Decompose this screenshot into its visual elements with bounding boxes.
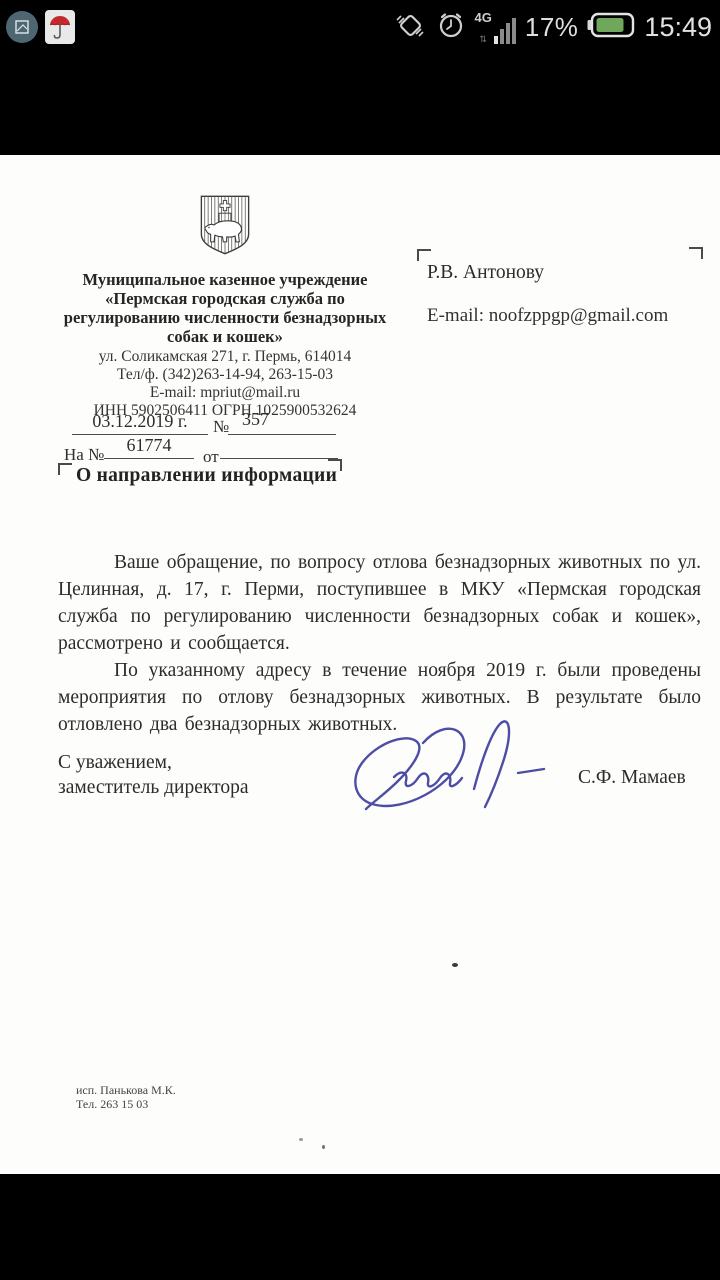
network-type-label: 4G	[475, 12, 492, 24]
addressee-name: Р.В. Антонову	[427, 262, 544, 284]
scan-speck	[452, 963, 458, 967]
letterhead: Муниципальное казенное учреждение «Пермс…	[55, 193, 395, 420]
status-bar[interactable]: 4G ⇅ 17% 15:49	[0, 0, 720, 54]
from-label: от	[203, 447, 219, 467]
number-sign-label: №	[213, 417, 229, 437]
alarm-icon	[436, 10, 466, 45]
battery-icon	[587, 12, 635, 43]
org-line: «Пермская городская служба по	[55, 289, 395, 308]
coat-of-arms	[198, 193, 252, 262]
org-line: регулированию численности безнадзорных	[55, 308, 395, 327]
letter-date: 03.12.2019 г.	[72, 411, 208, 435]
org-line: собак и кошек»	[55, 327, 395, 346]
screenshot-notification-icon	[6, 11, 38, 43]
body-paragraph-1: Ваше обращение, по вопросу отлова безнад…	[58, 549, 701, 657]
org-phone: Тел/ф. (342)263-14-94, 263-15-03	[55, 366, 395, 384]
closing-title: заместитель директора	[58, 775, 249, 800]
umbrella-app-icon	[45, 10, 75, 44]
battery-percent: 17%	[525, 12, 579, 43]
status-indicators: 4G ⇅ 17% 15:49	[393, 8, 712, 47]
phone-screen: 4G ⇅ 17% 15:49	[0, 0, 720, 1280]
org-line: Муниципальное казенное учреждение	[55, 270, 395, 289]
scan-speck	[322, 1145, 325, 1149]
closing-lines: С уважением, заместитель директора	[58, 750, 249, 800]
notification-icons	[6, 10, 75, 44]
closing-regards: С уважением,	[58, 750, 249, 775]
executor-block: исп. Панькова М.К. Тел. 263 15 03	[76, 1083, 176, 1111]
data-arrows-icon: ⇅	[479, 35, 487, 44]
coa-bear	[205, 221, 242, 242]
scan-speck	[299, 1138, 303, 1141]
reply-to-label: На №	[64, 445, 104, 465]
executor-phone: Тел. 263 15 03	[76, 1097, 176, 1111]
signal-bars-icon	[494, 18, 516, 44]
org-email: E-mail: mpriut@mail.ru	[55, 384, 395, 402]
subject-corner-left	[58, 463, 72, 475]
org-address: ул. Соликамская 271, г. Пермь, 614014	[55, 348, 395, 366]
letter-number: 357	[228, 409, 336, 435]
org-name: Муниципальное казенное учреждение «Пермс…	[55, 270, 395, 346]
letter-subject: О направлении информации	[76, 465, 337, 487]
signer-name: С.Ф. Мамаев	[578, 767, 686, 789]
letter-body: Ваше обращение, по вопросу отлова безнад…	[58, 549, 701, 738]
from-date-blank	[220, 437, 338, 459]
addressee-corner-right	[689, 247, 703, 259]
incoming-number: 61774	[104, 435, 194, 459]
clock-time: 15:49	[644, 12, 712, 43]
executor-name: исп. Панькова М.К.	[76, 1083, 176, 1097]
org-contacts: ул. Соликамская 271, г. Пермь, 614014 Те…	[55, 348, 395, 420]
addressee-corner-left	[417, 249, 431, 261]
handwritten-signature	[328, 715, 553, 830]
document-page[interactable]: Муниципальное казенное учреждение «Пермс…	[0, 155, 720, 1174]
signal-4g-icon: 4G ⇅	[475, 10, 516, 44]
addressee-email: E-mail: noofzppgp@gmail.com	[427, 305, 668, 327]
vibrate-rotate-icon	[393, 8, 427, 47]
